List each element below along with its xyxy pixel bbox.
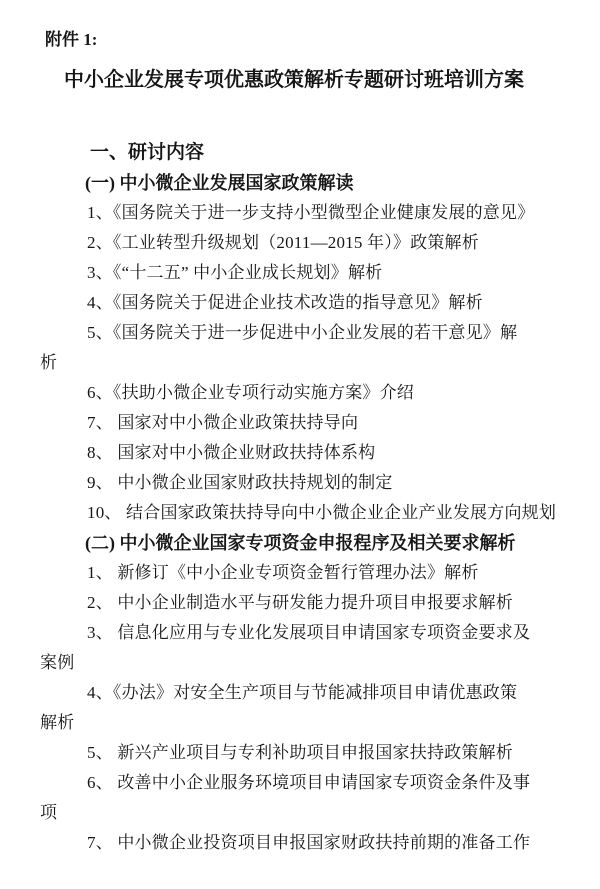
list-item: 7、 中小微企业投资项目申报国家财政扶持前期的准备工作: [40, 828, 548, 858]
list-item: 3、 信息化应用与专业化发展项目申请国家专项资金要求及 案例: [40, 618, 548, 678]
document-title: 中小企业发展专项优惠政策解析专题研讨班培训方案: [40, 62, 548, 98]
list-item: 1、 新修订《中小企业专项资金暂行管理办法》解析: [40, 558, 548, 588]
list-item: 4、《办法》对安全生产项目与节能减排项目申请优惠政策 解析: [40, 678, 548, 738]
list-item: 1、《国务院关于进一步支持小型微型企业健康发展的意见》: [40, 198, 548, 228]
section-heading-discussion-content: 一、研讨内容: [40, 138, 548, 168]
list-item: 8、 国家对中小微企业财政扶持体系构: [40, 438, 548, 468]
document-page: 附件 1: 中小企业发展专项优惠政策解析专题研讨班培训方案 一、研讨内容 (一)…: [0, 0, 600, 889]
list-item: 4、《国务院关于促进企业技术改造的指导意见》解析: [40, 288, 548, 318]
list-item: 5、 新兴产业项目与专利补助项目申报国家扶持政策解析: [40, 738, 548, 768]
list-item: 3、《“十二五” 中小企业成长规划》解析: [40, 258, 548, 288]
list-item: 6、 改善中小企业服务环境项目申请国家专项资金条件及事 项: [40, 768, 548, 828]
subsection-2-heading: (二) 中小微企业国家专项资金申报程序及相关要求解析: [40, 528, 548, 558]
attachment-label: 附件 1:: [40, 26, 548, 54]
list-item: 6、《扶助小微企业专项行动实施方案》介绍: [40, 378, 548, 408]
list-item: 10、 结合国家政策扶持导向中小微企业企业产业发展方向规划: [40, 498, 548, 528]
list-item: 7、 国家对中小微企业政策扶持导向: [40, 408, 548, 438]
list-item: 2、 中小企业制造水平与研发能力提升项目申报要求解析: [40, 588, 548, 618]
list-item: 9、 中小微企业国家财政扶持规划的制定: [40, 468, 548, 498]
list-item: 2、《工业转型升级规划（2011—2015 年）》政策解析: [40, 228, 548, 258]
list-item: 5、《国务院关于进一步促进中小企业发展的若干意见》解 析: [40, 318, 548, 378]
subsection-1-heading: (一) 中小微企业发展国家政策解读: [40, 168, 548, 198]
